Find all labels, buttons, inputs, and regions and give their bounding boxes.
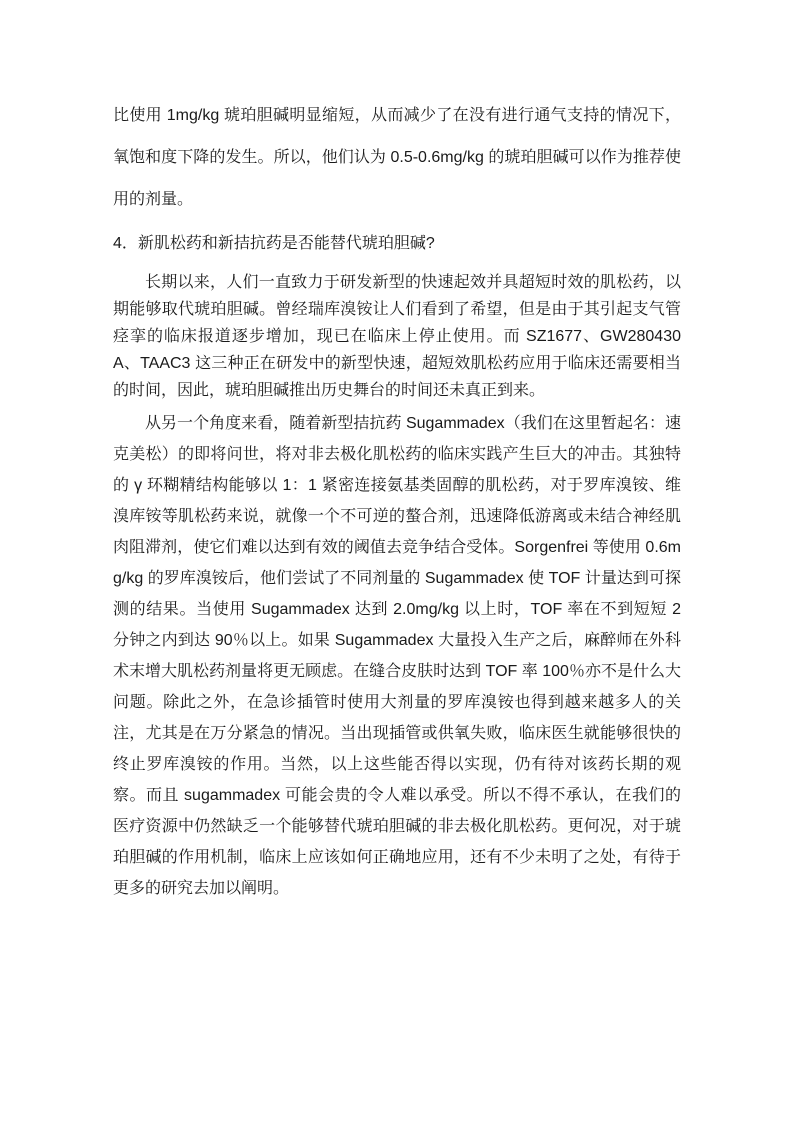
paragraph-dose-recommendation: 比使用 1mg/kg 琥珀胆碱明显缩短，从而减少了在没有进行通气支持的情况下，氧… <box>113 95 681 221</box>
document-page: 比使用 1mg/kg 琥珀胆碱明显缩短，从而减少了在没有进行通气支持的情况下，氧… <box>0 0 793 1122</box>
paragraph-new-muscle-relaxants: 长期以来，人们一直致力于研发新型的快速起效并具超短时效的肌松药，以期能够取代琥珀… <box>113 269 681 404</box>
section-heading-4: 4．新肌松药和新拮抗药是否能替代琥珀胆碱? <box>113 229 681 259</box>
paragraph-sugammadex-antagonist: 从另一个角度来看，随着新型拮抗药 Sugammadex（我们在这里暂起名：速克美… <box>113 408 681 904</box>
